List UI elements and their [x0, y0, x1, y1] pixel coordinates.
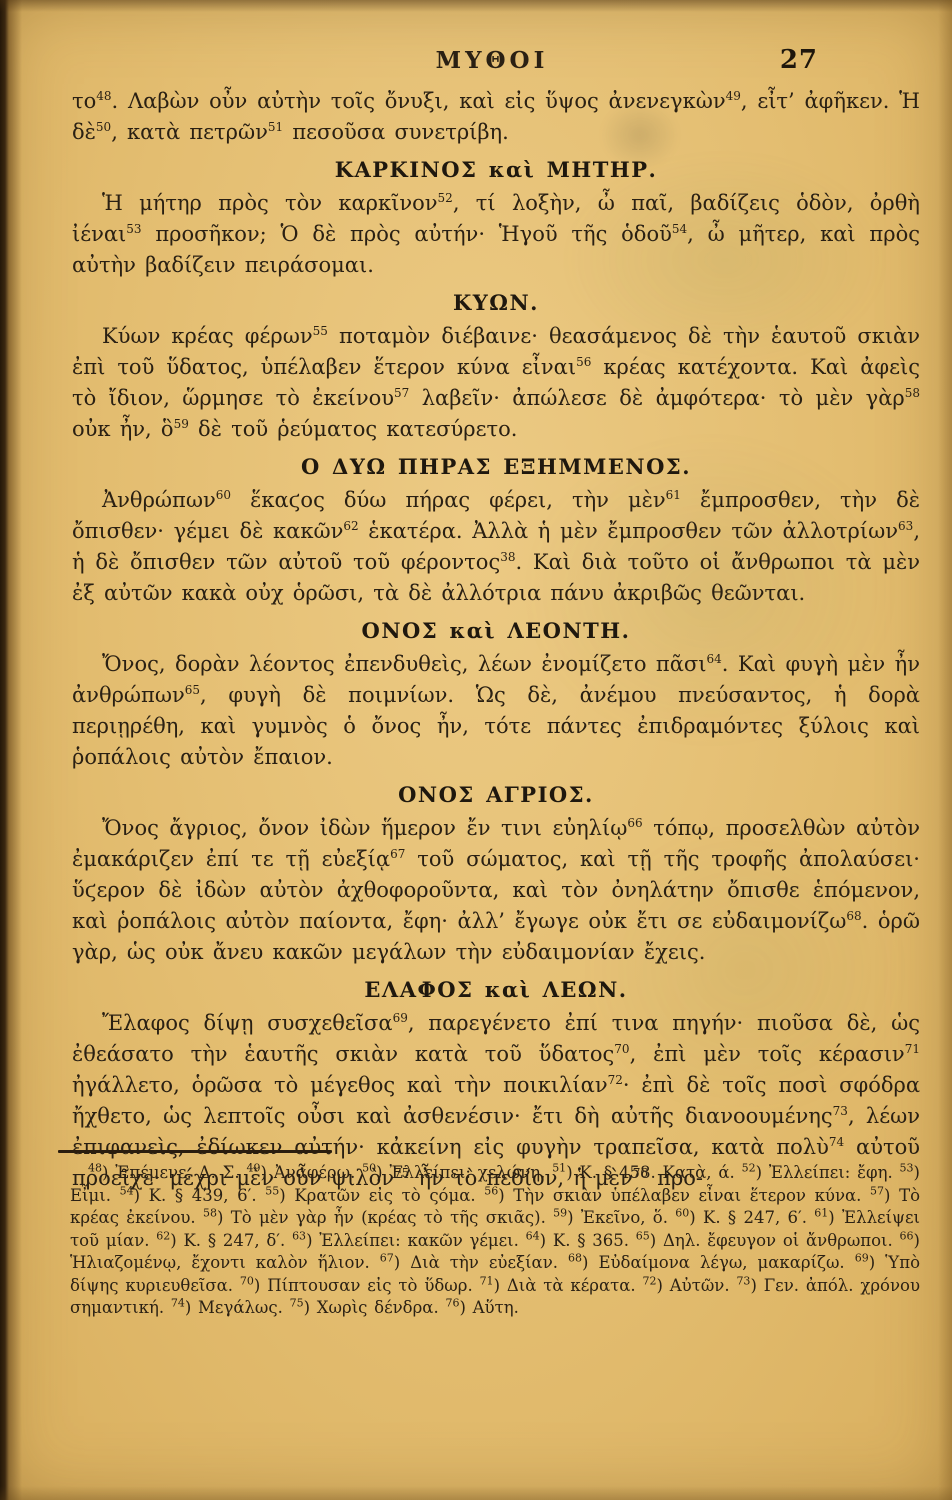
footnote-ref: 65 — [636, 1229, 650, 1242]
footnote-ref: 57 — [870, 1184, 884, 1197]
footnote-ref: 69 — [855, 1252, 869, 1265]
footnote-ref: 75 — [290, 1297, 304, 1310]
footnote-ref: 63 — [898, 519, 913, 533]
footnote-ref: 73 — [833, 1104, 848, 1118]
footnote-ref: 66 — [627, 816, 642, 830]
footnote-ref: 58 — [905, 386, 920, 400]
fable-heading: ΚΥΩΝ. — [72, 288, 920, 318]
footnote-ref: 68 — [568, 1252, 582, 1265]
fable-paragraph: Ὄνος ἄγριος, ὄνον ἰδὼν ἥμερον ἔν τινι εὐ… — [72, 813, 920, 968]
fable-paragraph: Ὄνος, δορὰν λέοντος ἐπενδυθεὶς, λέων ἐνο… — [72, 649, 920, 773]
footnote-ref: 74 — [171, 1297, 185, 1310]
book-page: ΜΥΘΟΙ 27 το48. Λαβὼν οὖν αὐτὴν τοῖς ὄνυξ… — [0, 0, 952, 1500]
footnote-ref: 59 — [553, 1207, 567, 1220]
fable-heading: ΟΝΟΣ ΑΓΡΙΟΣ. — [72, 780, 920, 810]
fable-heading: ΕΛΑΦΟΣ καὶ ΛΕΩΝ. — [72, 975, 920, 1005]
footnote-ref: 54 — [672, 222, 687, 236]
footnote-ref: 61 — [666, 488, 681, 502]
footnote-ref: 73 — [736, 1274, 750, 1287]
footnote-ref: 38 — [500, 550, 515, 564]
footnote-ref: 51 — [268, 120, 283, 134]
page-left-edge — [0, 0, 22, 1500]
footnote-ref: 62 — [156, 1229, 170, 1242]
footnote-ref: 56 — [576, 355, 591, 369]
footnote-ref: 65 — [185, 683, 200, 697]
footnote-ref: 71 — [905, 1042, 920, 1056]
fable-section: Ο ΔΥΩ ΠΗΡΑΣ ΕΞΗΜΜΕΝΟΣ.Ἀνθρώπων60 ἕκαϛος … — [72, 452, 920, 609]
footnote-ref: 60 — [216, 488, 231, 502]
footnote-ref: 56 — [484, 1184, 498, 1197]
footnote-ref: 52 — [438, 191, 453, 205]
footnotes-text: 48) Ἐπέμενε. Δ. Σ. 49) Ἀναφέρω. 50) Ἐλλε… — [70, 1162, 920, 1320]
page-title: ΜΥΘΟΙ — [436, 47, 549, 74]
footnote-ref: 61 — [814, 1207, 828, 1220]
footnote-ref: 55 — [265, 1184, 279, 1197]
footnote-ref: 57 — [394, 386, 409, 400]
footnote-ref: 67 — [390, 847, 405, 861]
page-bottom-edge — [0, 1486, 952, 1500]
fable-heading: ΚΑΡΚΙΝΟΣ καὶ ΜΗΤΗΡ. — [72, 155, 920, 185]
footnote-ref: 48 — [88, 1162, 102, 1175]
footnote-ref: 53 — [126, 222, 141, 236]
footnote-ref: 72 — [608, 1073, 623, 1087]
footnote-ref: 49 — [726, 89, 741, 103]
fable-paragraph: Ἀνθρώπων60 ἕκαϛος δύω πήρας φέρει, τὴν μ… — [72, 485, 920, 609]
page-right-edge — [938, 0, 952, 1500]
footnote-ref: 49 — [246, 1162, 260, 1175]
page-number: 27 — [780, 45, 818, 75]
footnote-ref: 70 — [614, 1042, 629, 1056]
fable-section: ΟΝΟΣ ΑΓΡΙΟΣ.Ὄνος ἄγριος, ὄνον ἰδὼν ἥμερο… — [72, 780, 920, 968]
footnote-ref: 72 — [642, 1274, 656, 1287]
continuation-section: το48. Λαβὼν οὖν αὐτὴν τοῖς ὄνυξι, καὶ εἰ… — [72, 86, 920, 148]
fable-heading: ΟΝΟΣ καὶ ΛΕΟΝΤΗ. — [72, 616, 920, 646]
fable-section: ΚΑΡΚΙΝΟΣ καὶ ΜΗΤΗΡ.Ἡ μήτηρ πρὸς τὸν καρκ… — [72, 155, 920, 281]
footnote-ref: 64 — [526, 1229, 540, 1242]
footnote-ref: 59 — [174, 417, 189, 431]
page-content: το48. Λαβὼν οὖν αὐτὴν τοῖς ὄνυξι, καὶ εἰ… — [72, 86, 920, 1194]
running-head: ΜΥΘΟΙ 27 — [72, 47, 912, 77]
footnote-ref: 68 — [846, 909, 861, 923]
footnote-ref: 53 — [900, 1162, 914, 1175]
footnote-ref: 55 — [313, 324, 328, 338]
fable-section: ΚΥΩΝ.Κύων κρέας φέρων55 ποταμὸν διέβαινε… — [72, 288, 920, 445]
footnote-ref: 69 — [393, 1011, 408, 1025]
footnote-ref: 50 — [362, 1162, 376, 1175]
footnote-ref: 63 — [292, 1229, 306, 1242]
footnote-ref: 76 — [445, 1297, 459, 1310]
footnote-ref: 70 — [240, 1274, 254, 1287]
footnote-ref: 74 — [829, 1135, 844, 1149]
footnotes-block: 48) Ἐπέμενε. Δ. Σ. 49) Ἀναφέρω. 50) Ἐλλε… — [70, 1162, 920, 1320]
footnote-ref: 51 — [552, 1162, 566, 1175]
footnote-rule — [58, 1150, 332, 1153]
page-top-edge — [0, 0, 952, 12]
footnote-ref: 66 — [900, 1229, 914, 1242]
footnote-ref: 64 — [706, 652, 721, 666]
footnote-ref: 62 — [343, 519, 358, 533]
fable-paragraph: Ἡ μήτηρ πρὸς τὸν καρκῖνον52, τί λοξὴν, ὦ… — [72, 188, 920, 281]
fable-heading: Ο ΔΥΩ ΠΗΡΑΣ ΕΞΗΜΜΕΝΟΣ. — [72, 452, 920, 482]
footnote-ref: 67 — [380, 1252, 394, 1265]
footnote-ref: 71 — [480, 1274, 494, 1287]
footnote-ref: 60 — [675, 1207, 689, 1220]
fable-paragraph: Κύων κρέας φέρων55 ποταμὸν διέβαινε· θεα… — [72, 321, 920, 445]
footnote-ref: 48 — [96, 89, 111, 103]
footnote-ref: 50 — [96, 120, 111, 134]
footnote-ref: 58 — [203, 1207, 217, 1220]
footnote-ref: 52 — [742, 1162, 756, 1175]
fable-section: ΟΝΟΣ καὶ ΛΕΟΝΤΗ.Ὄνος, δορὰν λέοντος ἐπεν… — [72, 616, 920, 773]
fable-paragraph: το48. Λαβὼν οὖν αὐτὴν τοῖς ὄνυξι, καὶ εἰ… — [72, 86, 920, 148]
footnote-ref: 54 — [120, 1184, 134, 1197]
